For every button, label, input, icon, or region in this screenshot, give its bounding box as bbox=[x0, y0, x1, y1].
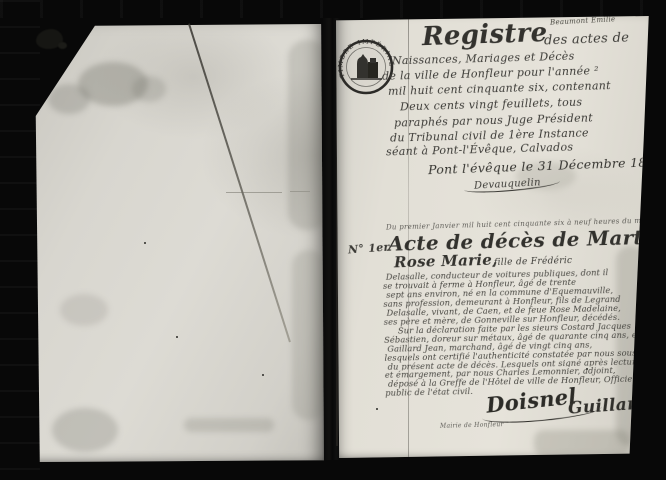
ink-blot-tail bbox=[58, 42, 67, 49]
left-blank-page bbox=[34, 24, 324, 462]
deceased-name-note: fille de Frédéric bbox=[494, 256, 573, 268]
scratch-mark bbox=[290, 191, 310, 192]
scan-streaks-left bbox=[0, 0, 40, 480]
register-title-tail: des actes de bbox=[544, 31, 630, 49]
header-line: Deux cents vingt feuillets, tous bbox=[400, 96, 583, 114]
speck bbox=[144, 242, 146, 244]
scan-streaks-top bbox=[0, 0, 666, 18]
stain bbox=[60, 294, 108, 326]
register-page: Beaumont Émilie TIMBRE IMPÉRIAL Registre… bbox=[336, 16, 650, 458]
stain bbox=[132, 76, 166, 102]
act-margin-number: N° 1er bbox=[348, 241, 390, 257]
stain bbox=[184, 418, 274, 432]
register-title-word: Registre bbox=[422, 18, 548, 52]
stain bbox=[52, 408, 118, 452]
speck bbox=[176, 336, 178, 338]
act-body: Delasalle, conducteur de voitures publiq… bbox=[383, 267, 654, 398]
deceased-name: Rose Marie, bbox=[394, 251, 498, 272]
speck bbox=[262, 374, 264, 376]
timbre-imperial-stamp-icon: TIMBRE IMPÉRIAL bbox=[337, 38, 395, 96]
greffe-note: Mairie de Honfleur bbox=[440, 421, 504, 430]
stain bbox=[292, 250, 326, 420]
signature-guillard: Guillard bbox=[567, 393, 649, 419]
stain bbox=[48, 84, 90, 114]
stain bbox=[534, 430, 630, 456]
register-scan: Beaumont Émilie TIMBRE IMPÉRIAL Registre… bbox=[0, 0, 666, 480]
speck bbox=[376, 408, 378, 410]
signature-flourish bbox=[464, 177, 561, 195]
scratch-mark bbox=[226, 192, 282, 193]
